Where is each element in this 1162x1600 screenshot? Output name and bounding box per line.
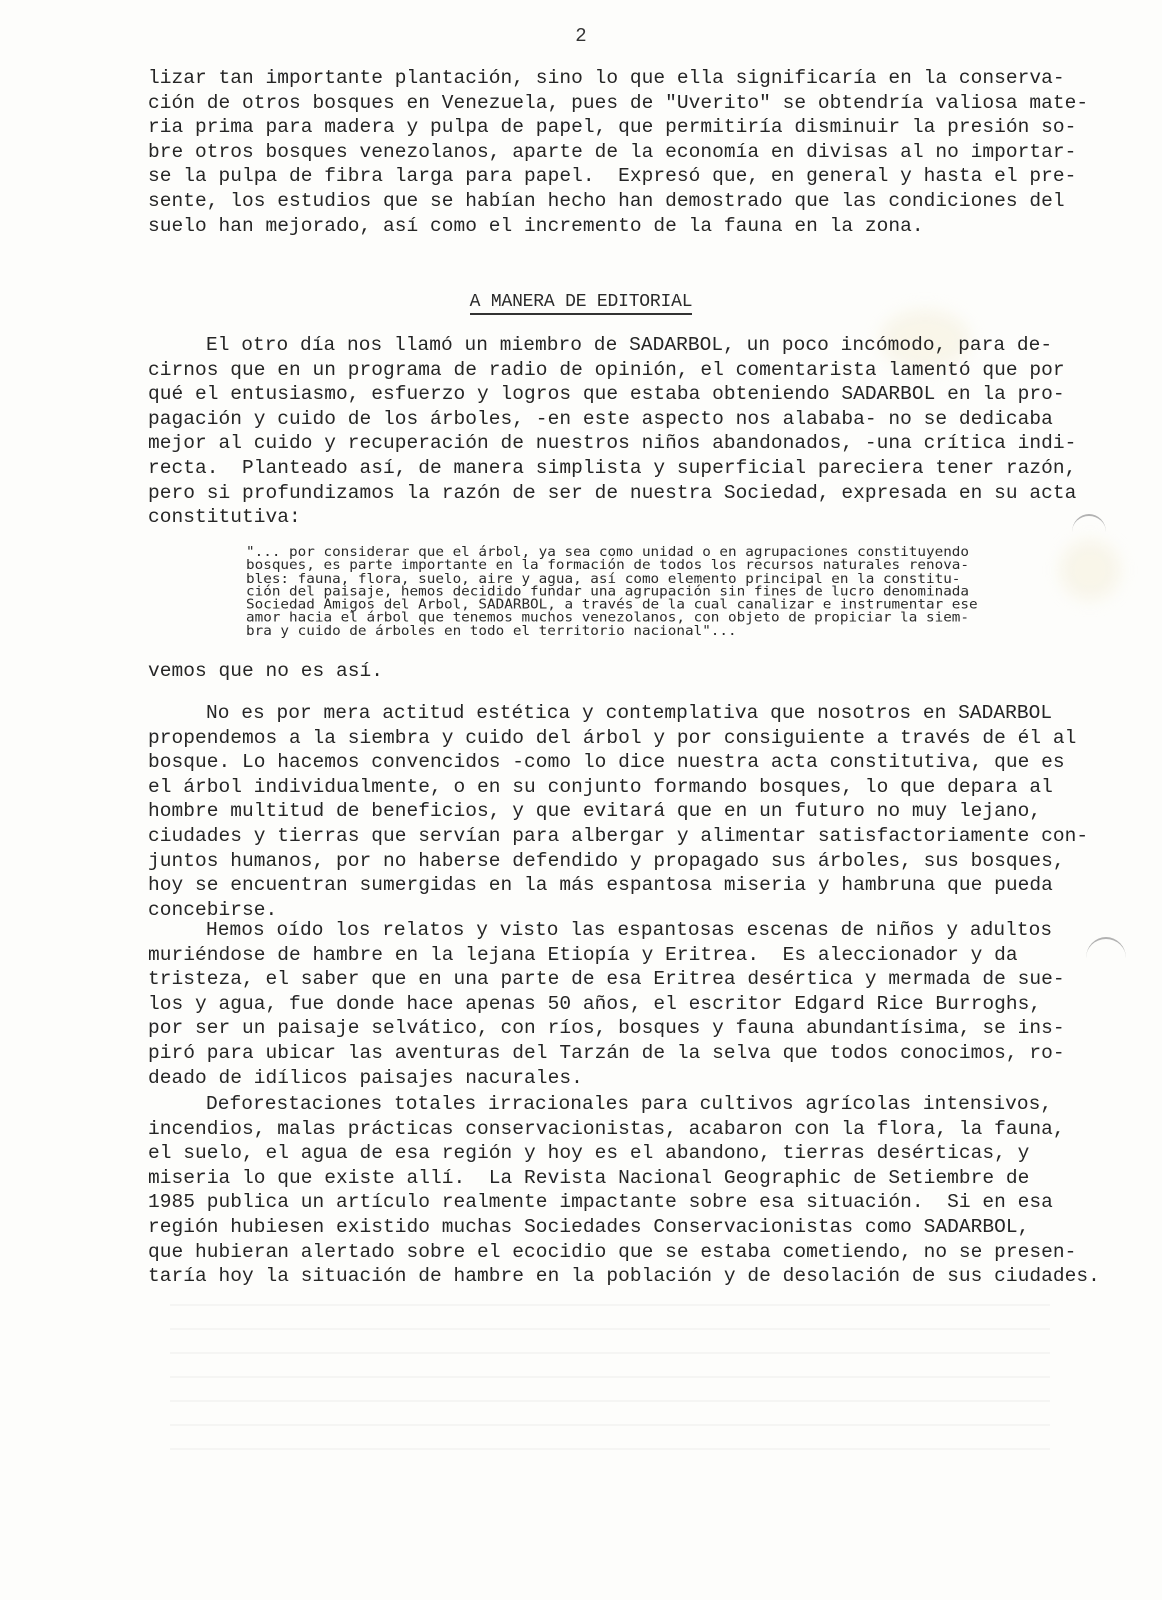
after-quote-text: vemos que no es así.	[148, 659, 1083, 684]
text-line: vemos que no es así.	[148, 659, 1083, 684]
text-line: No es por mera actitud estética y contem…	[148, 701, 1083, 726]
text-line: sente, los estudios que se habían hecho …	[148, 189, 1083, 214]
text-line: Hemos oído los relatos y visto las espan…	[148, 918, 1083, 943]
text-line: tristeza, el saber que en una parte de e…	[148, 967, 1083, 992]
text-line: 1985 publica un artículo realmente impac…	[148, 1190, 1083, 1215]
section-heading: A MANERA DE EDITORIAL	[0, 292, 1162, 312]
text-line: taría hoy la situación de hambre en la p…	[148, 1264, 1083, 1289]
text-line: lizar tan importante plantación, sino lo…	[148, 66, 1083, 91]
text-line: muriéndose de hambre en la lejana Etiopí…	[148, 943, 1083, 968]
quote-line: ción del paisaje, hemos decidido fundar …	[246, 585, 1041, 598]
editorial-paragraph-2: No es por mera actitud estética y contem…	[148, 701, 1083, 922]
text-line: qué el entusiasmo, esfuerzo y logros que…	[148, 382, 1083, 407]
quote-line: bra y cuido de árboles en todo el territ…	[246, 625, 1041, 638]
text-line: pero si profundizamos la razón de ser de…	[148, 481, 1083, 506]
text-line: los y agua, fue donde hace apenas 50 año…	[148, 992, 1083, 1017]
text-line: El otro día nos llamó un miembro de SADA…	[148, 333, 1083, 358]
text-line: juntos humanos, por no haberse defendido…	[148, 849, 1083, 874]
text-line: por ser un paisaje selvático, con ríos, …	[148, 1016, 1083, 1041]
text-line: se la pulpa de fibra larga para papel. E…	[148, 164, 1083, 189]
text-line: región hubiesen existido muchas Sociedad…	[148, 1215, 1083, 1240]
text-line: pagación y cuido de los árboles, -en est…	[148, 407, 1083, 432]
quote-line: Sociedad Amigos del Arbol, SADARBOL, a t…	[246, 599, 1041, 612]
quote-line: "... por considerar que el árbol, ya sea…	[246, 546, 1041, 559]
text-line: que hubieran alertado sobre el ecocidio …	[148, 1240, 1083, 1265]
text-line: recta. Planteado así, de manera simplist…	[148, 456, 1083, 481]
editorial-paragraph-3: Hemos oído los relatos y visto las espan…	[148, 918, 1083, 1090]
text-line: constitutiva:	[148, 505, 1083, 530]
punch-hole-mark	[1086, 937, 1126, 979]
scanned-document-page: 2 lizar tan importante plantación, sino …	[0, 0, 1162, 1600]
text-line: incendios, malas prácticas conservacioni…	[148, 1117, 1083, 1142]
text-line: piró para ubicar las aventuras del Tarzá…	[148, 1041, 1083, 1066]
quote-line: amor hacia el árbol que tenemos muchos v…	[246, 612, 1041, 625]
text-line: el árbol individualmente, o en su conjun…	[148, 775, 1083, 800]
quote-line: bosques, es parte importante en la forma…	[246, 559, 1041, 572]
editorial-paragraph-1: El otro día nos llamó un miembro de SADA…	[148, 333, 1083, 530]
text-line: el suelo, el agua de esa región y hoy es…	[148, 1141, 1083, 1166]
text-line: Deforestaciones totales irracionales par…	[148, 1092, 1083, 1117]
intro-paragraph: lizar tan importante plantación, sino lo…	[148, 66, 1083, 238]
section-heading-text: A MANERA DE EDITORIAL	[470, 292, 693, 315]
text-line: propendemos a la siembra y cuido del árb…	[148, 726, 1083, 751]
text-line: hombre multitud de beneficios, y que evi…	[148, 799, 1083, 824]
text-line: miseria lo que existe allí. La Revista N…	[148, 1166, 1083, 1191]
block-quote: "... por considerar que el árbol, ya sea…	[246, 546, 1041, 638]
text-line: suelo han mejorado, así como el incremen…	[148, 214, 1083, 239]
quote-line: bles: fauna, flora, suelo, aire y agua, …	[246, 572, 1041, 585]
text-line: ria prima para madera y pulpa de papel, …	[148, 115, 1083, 140]
text-line: cirnos que en un programa de radio de op…	[148, 358, 1083, 383]
text-line: deado de idílicos paisajes nacurales.	[148, 1066, 1083, 1091]
text-line: ción de otros bosques en Venezuela, pues…	[148, 91, 1083, 116]
text-line: hoy se encuentran sumergidas en la más e…	[148, 873, 1083, 898]
text-line: bre otros bosques venezolanos, aparte de…	[148, 140, 1083, 165]
text-line: mejor al cuido y recuperación de nuestro…	[148, 431, 1083, 456]
editorial-paragraph-4: Deforestaciones totales irracionales par…	[148, 1092, 1083, 1289]
page-number: 2	[0, 25, 1162, 47]
show-through-text	[170, 1290, 1050, 1460]
text-line: ciudades y tierras que servían para albe…	[148, 824, 1083, 849]
text-line: bosque. Lo hacemos convencidos -como lo …	[148, 750, 1083, 775]
